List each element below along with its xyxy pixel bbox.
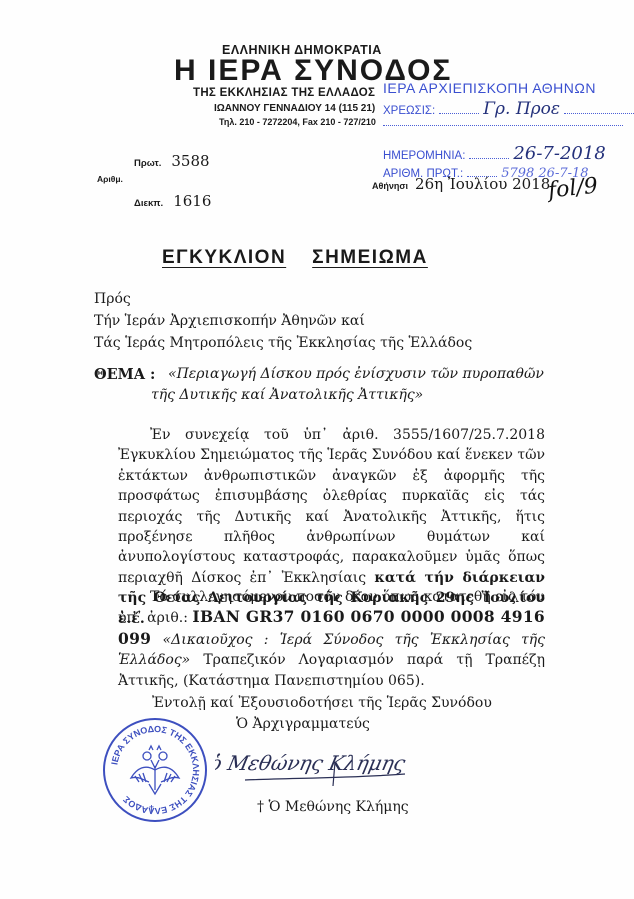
protocol-row: Πρωτ. 3588	[134, 152, 210, 171]
stamp-chreosis-value: Γρ. Προε	[483, 99, 560, 119]
stamp-chreosis-label: ΧΡΕΩΣΙΣ:	[383, 105, 435, 117]
double-headed-eagle-icon	[131, 746, 179, 794]
diekp-label: Διεκπ.	[134, 198, 163, 209]
stamp-date-row: ΗΜΕΡΟΜΗΝΙΑ: 26-7-2018	[383, 143, 606, 164]
handwritten-signature: ὁ Μεθώνης Κλήμης	[215, 738, 415, 788]
letterhead-contact: Τηλ. 210 - 7272204, Fax 210 - 727/210	[219, 117, 376, 127]
signer-name: † Ὁ Μεθώνης Κλήμης	[257, 797, 409, 818]
title-word-1: ΕΓΚΥΚΛΙΟΝ	[162, 247, 286, 268]
place-label: Αθήνησι	[372, 181, 408, 191]
document-title: ΕΓΚΥΚΛΙΟΝΣΗΜΕΙΩΜΑ	[162, 247, 428, 269]
dotted-line	[564, 103, 634, 114]
stamp-header: ΙΕΡΑ ΑΡΧΙΕΠΙΣΚΟΠΗ ΑΘΗΝΩΝ	[383, 80, 596, 96]
to-label: Πρός	[94, 289, 131, 310]
stamp-date-value: 26-7-2018	[513, 143, 605, 164]
body-paragraph-2: Τό συλλεγησόμενον ποσόν δέον ὅπως κατατε…	[118, 587, 545, 691]
recipient-1: Τήν Ἱεράν Ἀρχιεπισκοπήν Ἀθηνῶν καί	[94, 311, 365, 332]
protocol-label: Πρωτ.	[134, 158, 161, 169]
recipient-2: Τάς Ἱεράς Μητροπόλεις τῆς Ἐκκλησίας τῆς …	[94, 333, 472, 354]
protocol-number: 3588	[171, 152, 209, 170]
number-label: Αριθμ.	[97, 174, 123, 184]
signer-title: Ὁ Ἀρχιγραμματεύς	[236, 714, 370, 735]
svg-text:†: †	[149, 804, 154, 815]
paragraph-1-text: Ἐν συνεχείᾳ τοῦ ὑπ᾿ ἀριθ. 3555/1607/25.7…	[118, 427, 545, 586]
document-page: ΕΛΛΗΝΙΚΗ ΔΗΜΟΚΡΑΤΙΑ Η ΙΕΡΑ ΣΥΝΟΔΟΣ ΤΗΣ Ε…	[0, 0, 634, 899]
seal-ring-text: ΙΕΡΑ ΣΥΝΟΔΟΣ ΤΗΣ ΕΚΚΛΗΣΙΑΣ ΤΗΣ ΕΛΛΑΔΟΣ †	[105, 720, 205, 820]
synod-seal: ΙΕΡΑ ΣΥΝΟΔΟΣ ΤΗΣ ΕΚΚΛΗΣΙΑΣ ΤΗΣ ΕΛΛΑΔΟΣ †	[103, 718, 207, 822]
dotted-line	[469, 148, 509, 159]
stamp-chreosis-row: ΧΡΕΩΣΙΣ: Γρ. Προε	[383, 99, 634, 119]
document-date: 26η Ἰουλίου 2018	[415, 175, 550, 193]
diekp-row: Διεκπ. 1616	[134, 192, 211, 211]
subject-line-2: τῆς Δυτικῆς καί Ἀνατολικῆς Ἀττικῆς»	[151, 387, 423, 403]
letterhead-subtitle: ΤΗΣ ΕΚΚΛΗΣΙΑΣ ΤΗΣ ΕΛΛΑΔΟΣ	[193, 87, 375, 99]
diekp-number: 1616	[173, 192, 211, 210]
dotted-line	[383, 124, 623, 126]
svg-text:ὁ Μεθώνης Κλήμης: ὁ Μεθώνης Κλήμης	[215, 751, 408, 775]
handwritten-initials: fol/9	[547, 173, 599, 203]
subject-label: ΘΕΜΑ :	[94, 366, 155, 383]
letterhead-address: ΙΩΑΝΝΟΥ ΓΕΝΝΑΔΙΟΥ 14 (115 21)	[214, 103, 375, 114]
dotted-line	[439, 103, 479, 114]
closing-authorization: Ἐντολῇ καί Ἐξουσιοδοτήσει τῆς Ἱερᾶς Συνό…	[152, 693, 492, 714]
title-word-2: ΣΗΜΕΙΩΜΑ	[312, 247, 428, 268]
place-date: Αθήνησι 26η Ἰουλίου 2018	[372, 175, 550, 194]
stamp-date-label: ΗΜΕΡΟΜΗΝΙΑ:	[383, 150, 465, 162]
subject-line-1: «Περιαγωγή Δίσκου πρός ἐνίσχυσιν τῶν πυρ…	[168, 366, 544, 382]
